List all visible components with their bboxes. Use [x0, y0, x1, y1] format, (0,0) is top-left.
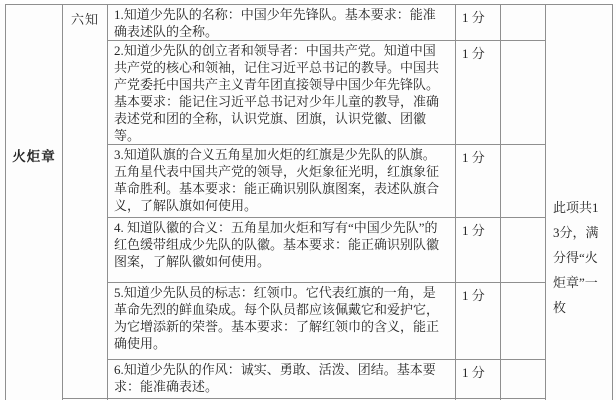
note-text: 此项共13分，满分得“火炬章”一枚: [553, 200, 599, 315]
blank-cell: [501, 5, 546, 41]
score-cell: 1 分: [456, 5, 501, 41]
requirement-cell: 6.知道少先队的作风：诚实、勇敢、活泼、团结。基本要求：能准确表述。: [108, 360, 456, 399]
blank-cell: [501, 360, 546, 399]
requirements-table: 火炬章 六知 1.知道少先队的名称：中国少年先锋队。基本要求：能准确表述队的全称…: [5, 4, 613, 400]
blank-cell: [501, 218, 546, 283]
blank-cell: [501, 145, 546, 218]
badge-label: 火炬章: [12, 149, 56, 164]
score-cell: 1 分: [456, 218, 501, 283]
requirement-cell: 5.知道少先队员的标志：红领巾。它代表红旗的一角，是革命先烈的鲜血染成。每个队员…: [108, 283, 456, 360]
score-cell: 1 分: [456, 145, 501, 218]
document-page: 火炬章 六知 1.知道少先队的名称：中国少年先锋队。基本要求：能准确表述队的全称…: [0, 4, 616, 400]
blank-cell: [501, 41, 546, 145]
section-label: 六知: [71, 12, 99, 27]
blank-cell: [501, 283, 546, 360]
table-row: 火炬章 六知 1.知道少先队的名称：中国少年先锋队。基本要求：能准确表述队的全称…: [6, 5, 613, 41]
badge-name-cell: 火炬章: [6, 5, 63, 400]
score-cell: 1 分: [456, 41, 501, 145]
section-name-cell: 六知: [63, 5, 108, 399]
score-cell: 1 分: [456, 360, 501, 399]
note-cell: 此项共13分，满分得“火炬章”一枚: [546, 5, 613, 400]
requirement-cell: 3.知道队旗的合义五角星加火炬的红旗是少先队的队旗。五角星代表中国共产党的领导，…: [108, 145, 456, 218]
requirement-cell: 1.知道少先队的名称：中国少年先锋队。基本要求：能准确表述队的全称。: [108, 5, 456, 41]
score-cell: 1 分: [456, 283, 501, 360]
requirement-cell: 2.知道少先队的创立者和领导者：中国共产党。知道中国共产党的核心和领袖，记住习近…: [108, 41, 456, 145]
requirement-cell: 4. 知道队徽的合义：五角星加火炬和写有“中国少先队”的红色缓带组成少先队的队徽…: [108, 218, 456, 283]
